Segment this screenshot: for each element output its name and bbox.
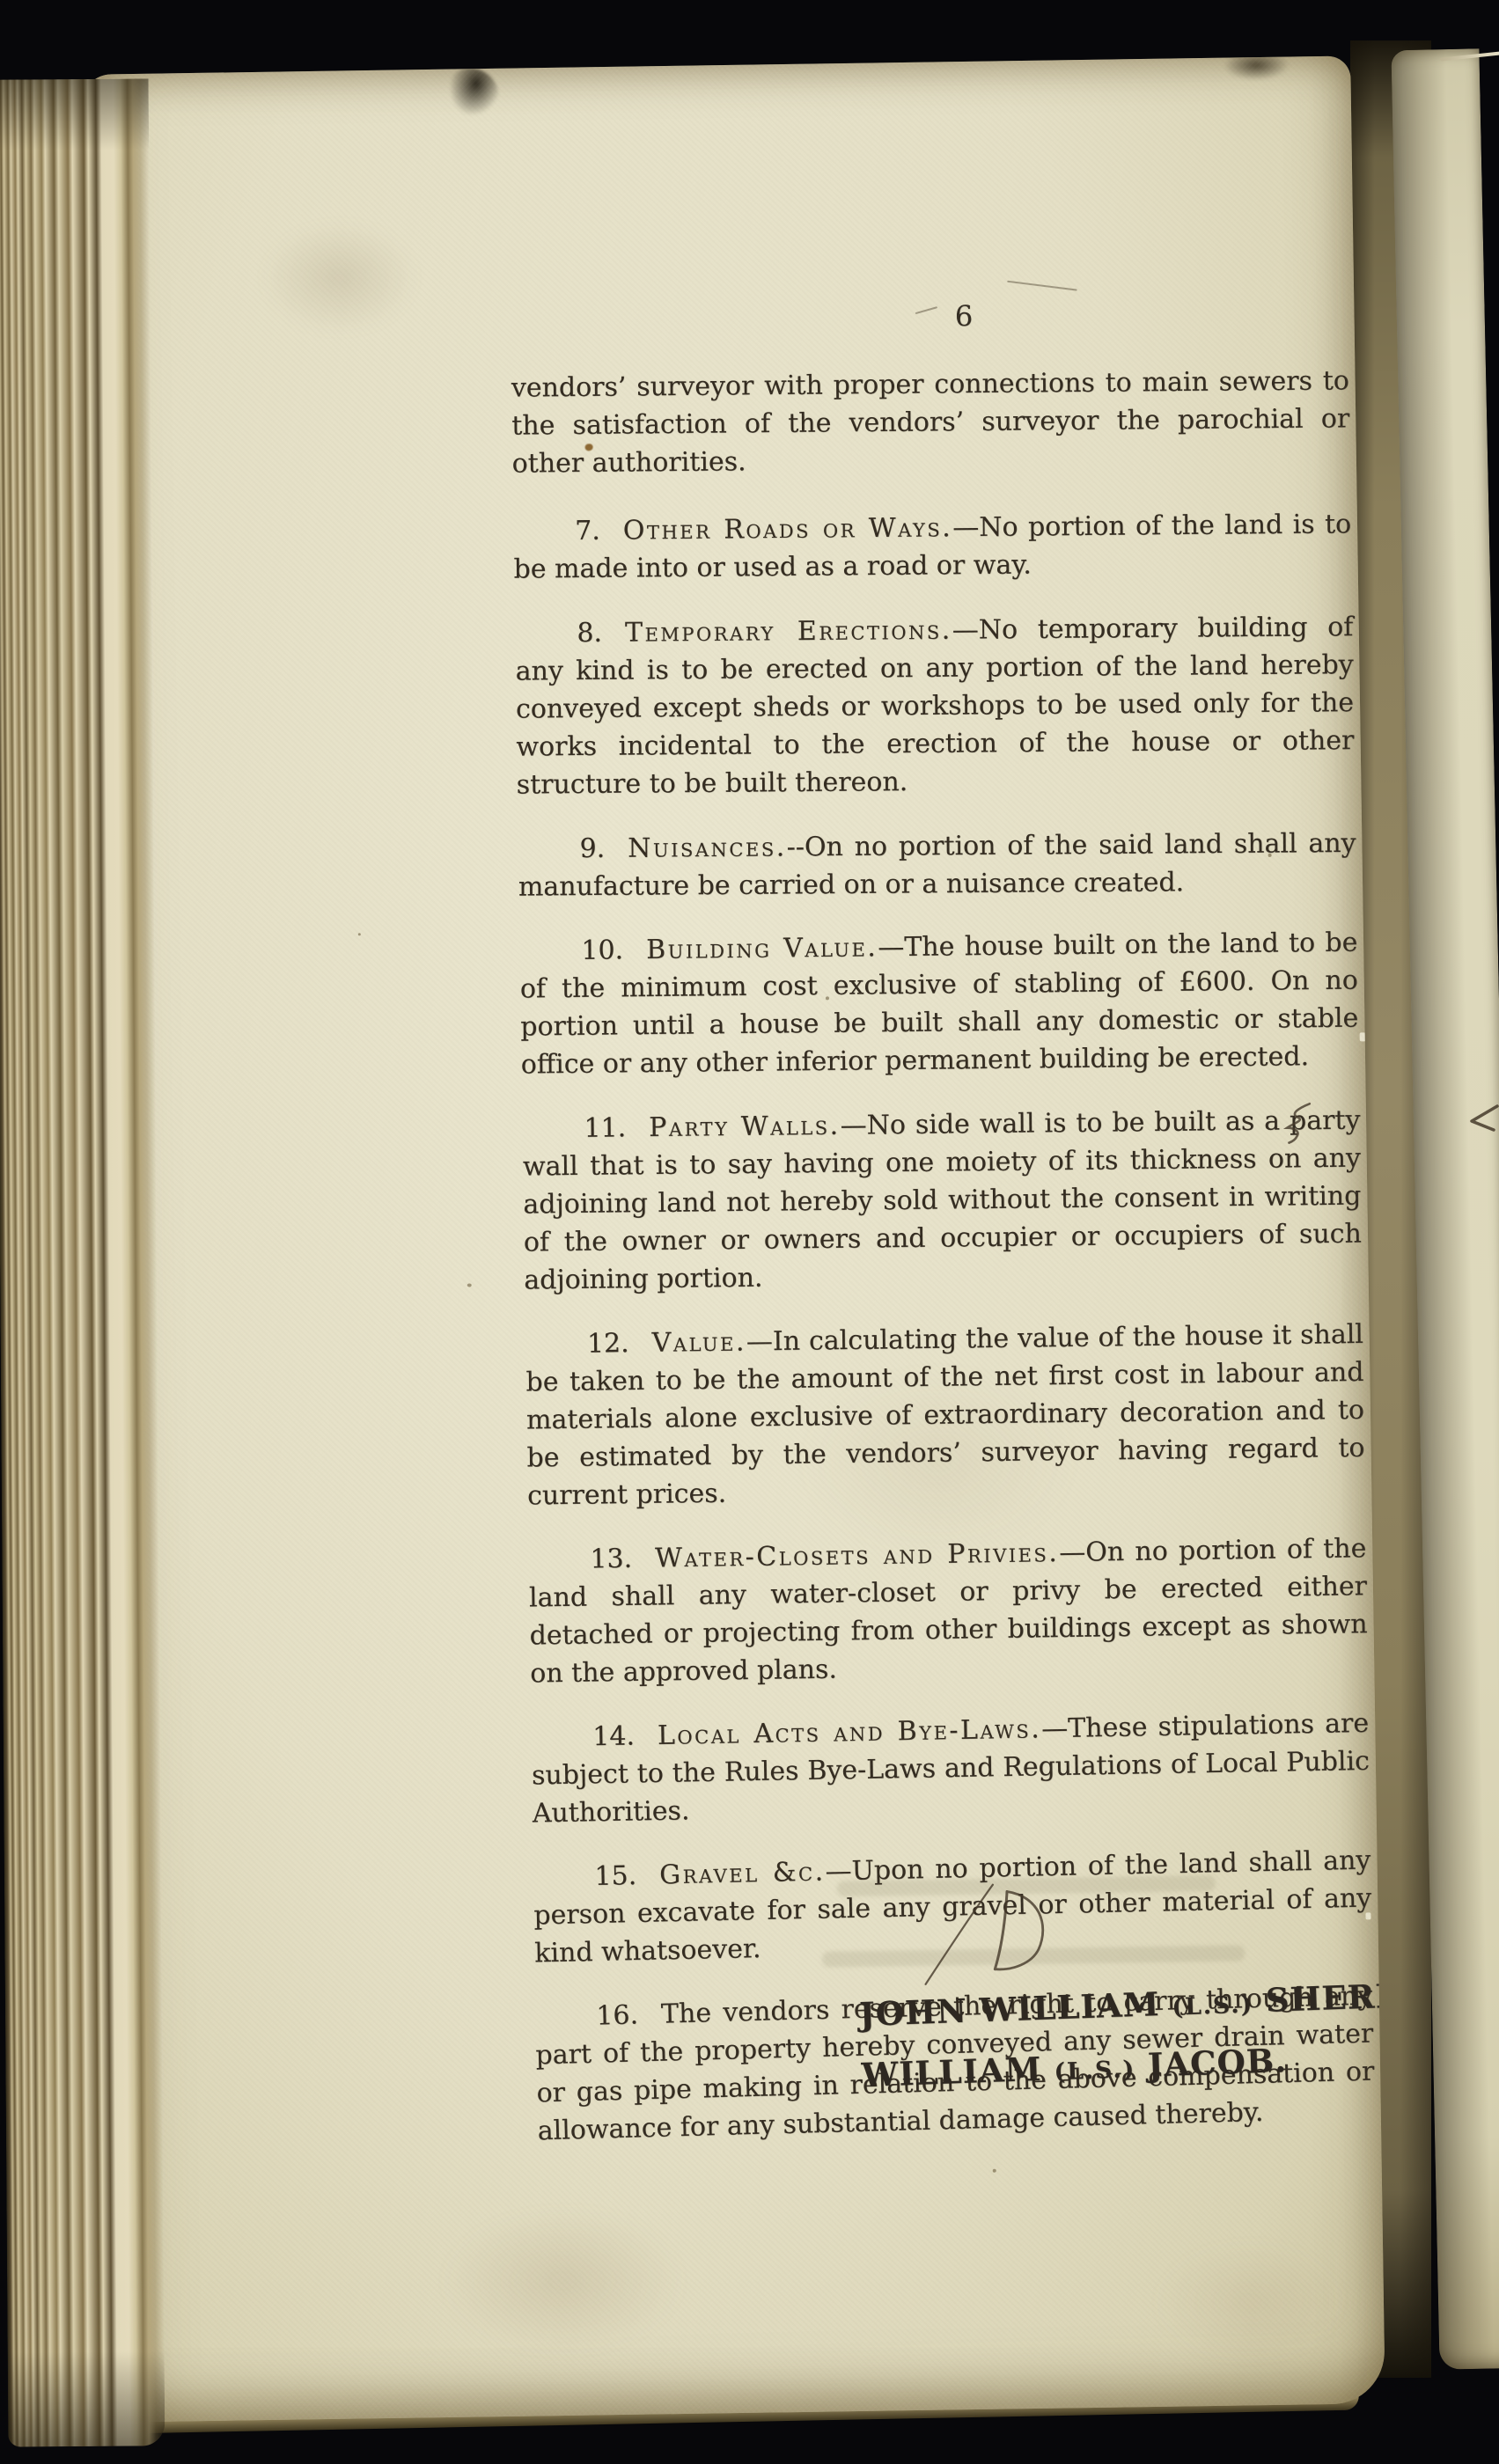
signatory-name: JOHN WILLIAM [859,1984,1172,2034]
clause-11: 11.Party Walls.—No side wall is to be bu… [522,1102,1362,1300]
clause-heading: Other Roads or Ways. [623,512,953,546]
clause-dash: — [746,1326,773,1357]
clause-dash: — [1041,1713,1069,1745]
clause-13: 13.Water-Closets and Privies.—On no port… [528,1529,1368,1692]
clause-number: 14. [592,1720,635,1752]
signatory-surname: JACOB. [1135,2041,1287,2085]
aging-blotch [1152,2239,1348,2365]
aging-blotch [438,2204,687,2358]
clause-heading: Gravel &c. [659,1857,826,1891]
clause-heading: Temporary Erections. [625,615,952,649]
clause-dash: — [825,1856,852,1888]
seal-abbreviation: (L.S.) [1172,1991,1254,2020]
clause-heading: Building Value. [646,932,878,965]
clause-heading: Value. [651,1326,746,1358]
clause-heading: Water-Closets and Privies. [655,1537,1060,1573]
clause-number: 16. [596,1999,639,2031]
clause-number: 7. [575,516,600,546]
signatory-name: WILLIAM [861,2049,1054,2094]
seal-abbreviation: (L.S.) [1054,2056,1136,2086]
clause-dash: — [952,614,979,645]
clause-number: 9. [579,833,605,864]
clause-10: 10.Building Value.—The house built on th… [519,924,1359,1084]
clause-dash: -- [787,832,805,862]
clause-number: 10. [581,935,623,965]
pen-slash-d-mark [914,1874,1078,1991]
clause-9: 9.Nuisances.--On no portion of the said … [518,825,1356,906]
clause-14: 14.Local Acts and Bye-Laws.—These stipul… [531,1705,1370,1833]
book-photograph: { "page": { "number": "6", "intro_text":… [0,0,1499,2464]
clause-number: 8. [577,618,602,649]
pen-squiggle-mark [1275,1100,1316,1145]
signatory-surname: SHERRIFF. [1253,1974,1385,2020]
ink-smudge-top-edge [441,62,505,123]
pencil-scratch [1007,281,1077,291]
stacked-page-edges [0,78,165,2446]
clause-dash: — [840,1110,866,1140]
pen-angle-mark [1465,1104,1499,1135]
paper-speck [358,933,361,935]
clause-number: 15. [594,1860,636,1892]
clause-dash: — [1059,1537,1085,1568]
clause-heading: Local Acts and Bye-Laws. [658,1713,1042,1751]
clause-dash: — [952,512,979,543]
aging-blotch [260,219,420,336]
clause-12: 12.Value.—In calculating the value of th… [525,1316,1366,1515]
clause-number: 11. [584,1112,626,1143]
page-number: 6 [510,293,1383,340]
clause-heading: Nuisances. [628,832,787,863]
intro-paragraph: vendors’ surveyor with proper connection… [511,362,1350,482]
stain-top-right-edge [1223,55,1289,80]
clause-7: 7.Other Roads or Ways.—No portion of the… [513,505,1352,588]
clause-8: 8.Temporary Erections.—No temporary buil… [515,608,1355,803]
clause-heading: Party Walls. [649,1111,841,1143]
paper-speck [467,1283,472,1287]
book-page: 6 vendors’ surveyor with proper connecti… [81,55,1385,2422]
clause-dash: — [878,932,904,963]
clause-number: 12. [587,1328,629,1360]
clause-number: 13. [590,1544,632,1575]
